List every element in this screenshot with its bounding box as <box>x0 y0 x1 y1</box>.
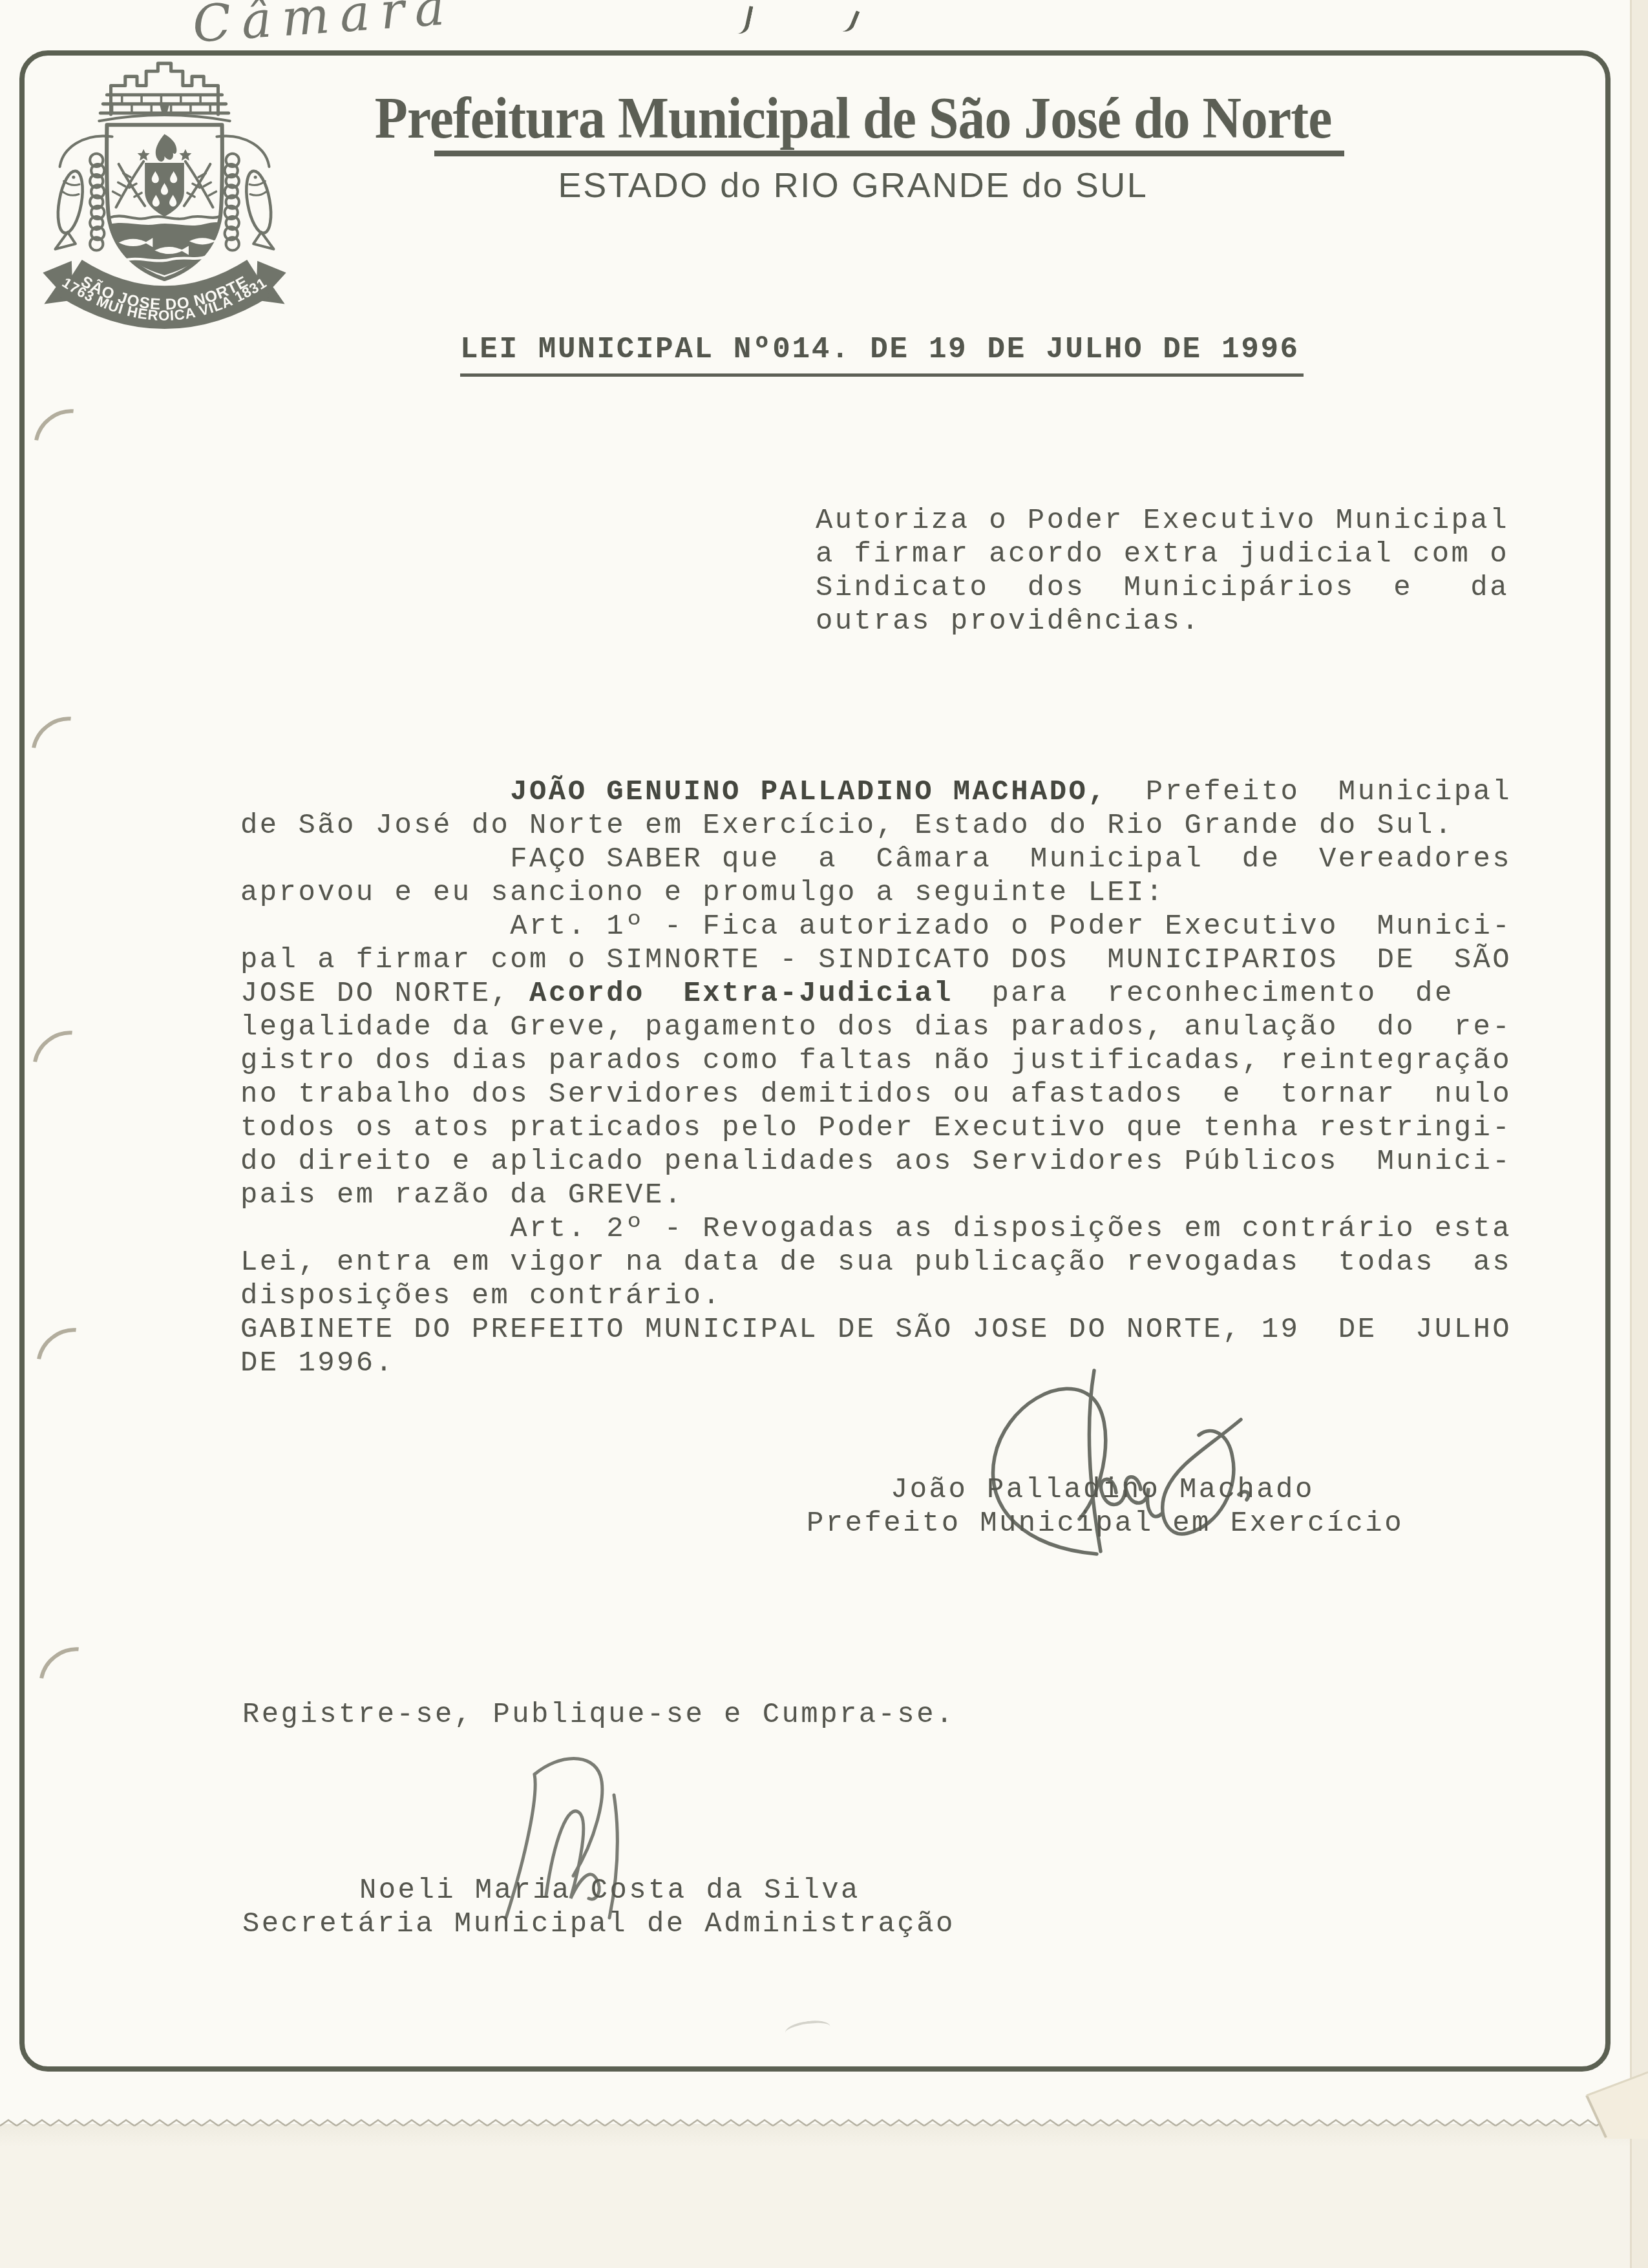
law-summary: Autoriza o Poder Executivo Municipal a f… <box>816 504 1509 638</box>
law-body-line: legalidade da Greve, pagamento dos dias … <box>240 1011 1512 1044</box>
municipal-coat-of-arms: SÃO JOSE DO NORTE 1763 MUI HEROICA VILA … <box>34 57 295 331</box>
perforated-edge <box>0 2116 1606 2132</box>
scanned-document-page: Câmara <box>0 0 1648 2268</box>
mayor-role: Prefeito Municipal em Exercício <box>807 1507 1404 1540</box>
law-body-text: JOÃO GENUINO PALLADINO MACHADO, Prefeito… <box>240 775 1512 1380</box>
law-body-line: no trabalho dos Servidores demitidos ou … <box>240 1078 1512 1111</box>
pen-mark <box>737 5 753 36</box>
paper-below-perforation <box>0 2124 1648 2268</box>
handwritten-annotation: Câmara <box>191 0 457 54</box>
order-line: Registre-se, Publique-se e Cumpra-se. <box>242 1698 955 1732</box>
org-subtitle: ESTADO do RIO GRANDE do SUL <box>301 167 1406 204</box>
law-body-line: DE 1996. <box>240 1347 1512 1380</box>
law-body-line: Art. 2º - Revogadas as disposições em co… <box>240 1212 1512 1246</box>
pen-mark <box>841 8 860 34</box>
law-body-line: JOSE DO NORTE, Acordo Extra-Judicial par… <box>240 977 1512 1011</box>
secretary-name: Noeli Maria Costa da Silva <box>359 1874 860 1907</box>
law-body-line: GABINETE DO PREFEITO MUNICIPAL DE SÃO JO… <box>240 1313 1512 1347</box>
folded-corner <box>1561 2045 1648 2139</box>
law-body-line: JOÃO GENUINO PALLADINO MACHADO, Prefeito… <box>240 775 1512 809</box>
paper-edge <box>1630 0 1648 2268</box>
mayor-name: João Palladino Machado <box>891 1473 1315 1507</box>
law-body-line: FAÇO SABER que a Câmara Municipal de Ver… <box>240 843 1512 876</box>
secretary-role: Secretária Municipal de Administração <box>242 1907 955 1941</box>
law-body-line: Lei, entra em vigor na data de sua publi… <box>240 1246 1512 1279</box>
org-title: Prefeitura Municipal de São José do Nort… <box>375 89 1332 149</box>
law-body-line: Art. 1º - Fica autorizado o Poder Execut… <box>240 910 1512 943</box>
law-body-line: do direito e aplicado penalidades aos Se… <box>240 1145 1512 1179</box>
law-body-line: pais em razão da GREVE. <box>240 1179 1512 1212</box>
law-body-line: disposições em contrário. <box>240 1279 1512 1313</box>
letterhead: Prefeitura Municipal de São José do Nort… <box>301 89 1406 149</box>
law-body-line: gistro dos dias parados como faltas não … <box>240 1044 1512 1078</box>
law-body-line: aprovou e eu sanciono e promulgo a segui… <box>240 876 1512 910</box>
law-body-line: todos os atos praticados pelo Poder Exec… <box>240 1111 1512 1145</box>
law-body-line: de São José do Norte em Exercício, Estad… <box>240 809 1512 843</box>
law-title: LEI MUNICIPAL Nº014. DE 19 DE JULHO DE 1… <box>460 332 1304 377</box>
law-body-line: pal a firmar com o SIMNORTE - SINDICATO … <box>240 943 1512 977</box>
title-underline <box>434 151 1344 156</box>
